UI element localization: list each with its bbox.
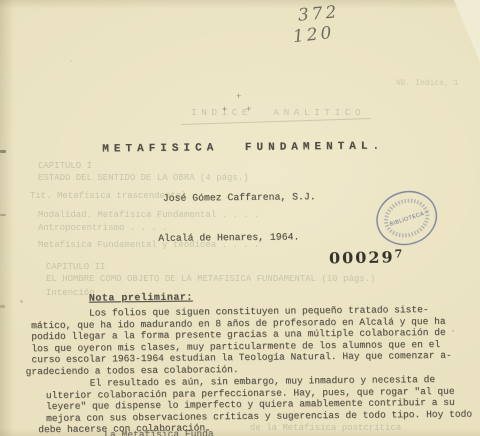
section-heading: Nota preliminar: xyxy=(89,292,193,304)
paragraph-1: Los folios que siguen constituyen un peq… xyxy=(31,304,452,378)
place-date-line: Alcalá de Henares, 1964. xyxy=(158,231,299,243)
document-title: METAFISICA FUNDAMENTAL. xyxy=(102,140,384,155)
serial-suffix: 7 xyxy=(395,247,403,260)
serial-digits: 00029 xyxy=(329,247,395,267)
serial-number-stamp: 000297 xyxy=(329,247,403,267)
scanned-document-page: 372 120 NB. Indice, 1 + + + INDICE ANALI… xyxy=(0,0,480,436)
author-line: José Gómez Caffarena, S.J. xyxy=(163,191,316,204)
paragraph-2: El resultado es aún, sin embargo, muy in… xyxy=(46,374,473,436)
stamp-center-text: BIBLIOTECA xyxy=(389,211,425,228)
clipped-bottom-line: La Metafísica Funda xyxy=(104,428,213,436)
